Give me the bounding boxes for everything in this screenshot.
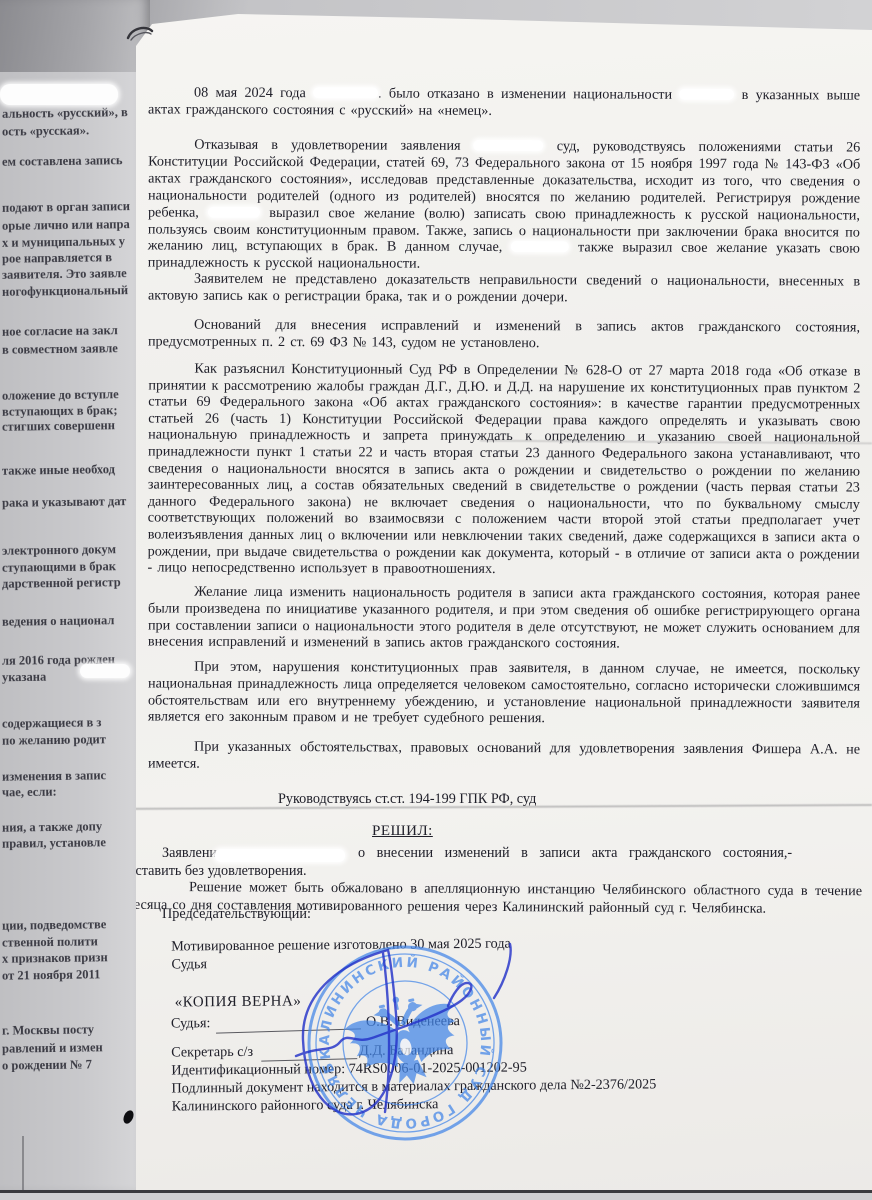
left-page-text-fragment: о рождении № 7 — [2, 1057, 92, 1072]
left-page-text-fragment: от 21 ноября 2011 — [2, 967, 101, 982]
left-page-text-fragment: рое направляется в — [2, 250, 112, 266]
secretary-label: Секретарь с/з — [171, 1044, 253, 1062]
left-page-text-fragment: ведения о национал — [2, 613, 115, 629]
judge-signature-line — [216, 1028, 361, 1033]
judge-name: О.В. Виденеева — [366, 1013, 460, 1031]
bottom-edge-light — [0, 1193, 872, 1200]
copy-correct-mark: «КОПИЯ ВЕРНА» — [175, 993, 302, 1011]
left-page-text-fragment: заявителя. Это заявле — [2, 266, 127, 282]
identification-number: Идентификационный номер: 74RS0006-01-202… — [171, 1059, 527, 1079]
document-scan: альность «русский», вость «русская».ем с… — [0, 0, 872, 1200]
under-page: альность «русский», вость «русская».ем с… — [0, 0, 150, 1192]
left-page-text-fragment: ции, подведомстве — [2, 917, 106, 932]
left-page-text-fragment: вступающих в брак; — [2, 403, 118, 419]
left-page-text-fragment: по желанию родит — [2, 732, 106, 747]
left-page-text-fragment: орые лично или напра — [2, 217, 130, 233]
left-page-text-fragment: оложение до вступле — [2, 387, 119, 403]
left-page-text-fragment: г. Москвы посту — [2, 1022, 94, 1037]
left-page-text-fragment: в совместном заявле — [2, 341, 118, 357]
left-page-text-fragment: дарственной регистр — [2, 575, 121, 591]
motivated-decision-line: Мотивированное решение изготовлено 30 ма… — [171, 936, 511, 956]
left-page-text-fragment: чае, если: — [2, 785, 57, 800]
left-page-text-fragment: рака и указывают дат — [2, 494, 126, 510]
left-page-text-fragment: правил, установле — [2, 835, 106, 850]
left-page-text-fragment: ное согласие на закл — [2, 323, 118, 339]
left-page-text-fragment: изменения в запис — [2, 768, 106, 783]
left-page-text-fragment: ния, а также допу — [2, 819, 102, 834]
left-page-text-fragment: также иные необход — [2, 462, 115, 478]
court-name-line: Калининского районного суда г. Челябинск… — [172, 1096, 439, 1115]
left-page-text-fragment: равлений и измен — [2, 1040, 103, 1055]
left-page-text-fragment: альность «русский», в — [2, 105, 128, 121]
redaction-blob-left-top — [0, 84, 118, 105]
left-page-text-fragment: содержащиеся в з — [2, 715, 102, 730]
left-page-text-fragment: ногофункциональный — [2, 283, 128, 299]
secretary-name: Д.Д. Баландина — [359, 1042, 453, 1060]
judge-label: Судья: — [171, 1015, 211, 1032]
left-page-text-fragment: электронного докум — [2, 542, 116, 558]
left-page-text-fragment: ость «русская». — [2, 123, 89, 138]
left-page-text-fragment: стигших совершенн — [2, 418, 115, 434]
left-page-text-fragment: ственной полити — [2, 934, 98, 949]
redaction-blob-left-mid — [80, 664, 130, 678]
original-document-note: Подлинный документ находится в материала… — [171, 1076, 656, 1097]
left-page-text-fragment: х признаков призн — [2, 950, 108, 965]
left-page-text-fragment: ступающими в брак — [2, 559, 116, 575]
left-page-text-fragment: подают в орган записи — [2, 199, 130, 215]
left-page-text-fragment: ем составлена запись — [2, 153, 123, 169]
judge-word: Судья — [171, 956, 207, 973]
page-edge-line — [22, 1136, 24, 1190]
left-page-text-fragment: х и муниципальных у — [2, 234, 125, 250]
left-page-text-fragment: указана — [2, 670, 46, 685]
